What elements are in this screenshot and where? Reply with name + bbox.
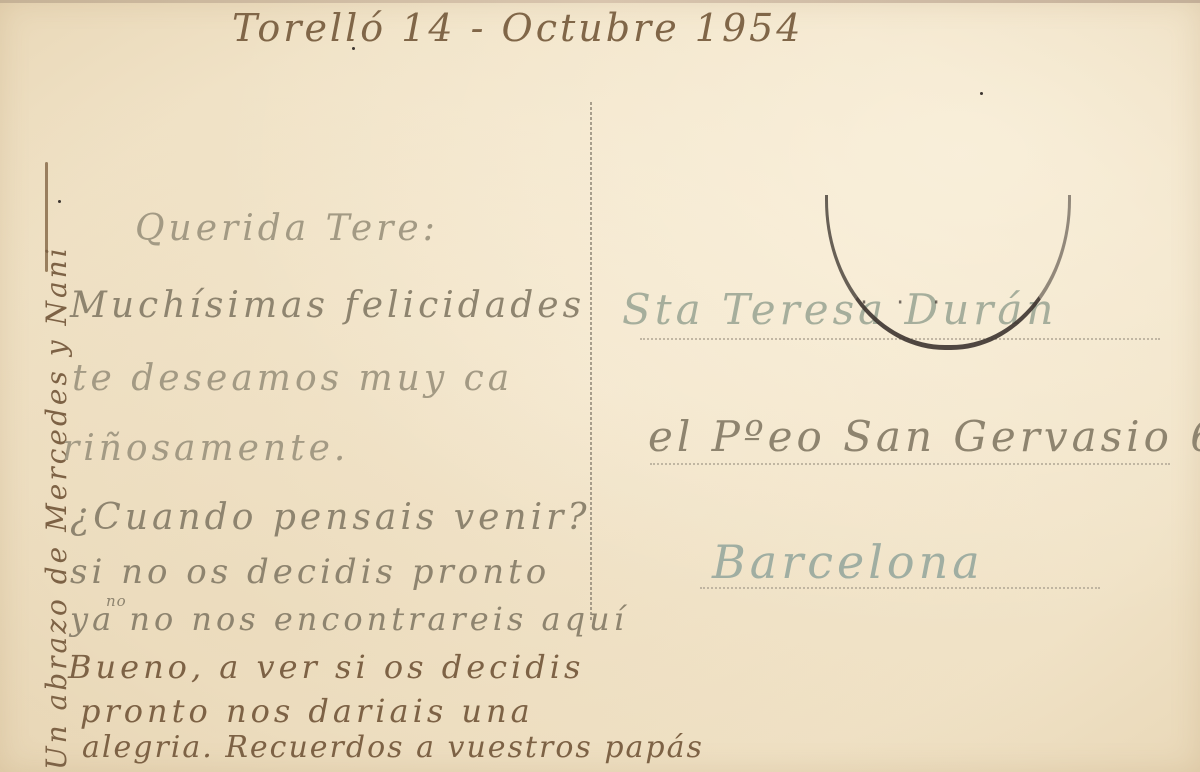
address-street: el Pºeo San Gervasio 69	[648, 412, 1200, 461]
message-line-2: Muchísimas felicidades	[70, 285, 585, 326]
speck	[58, 200, 61, 203]
address-rule-2	[650, 463, 1170, 465]
card-top-edge	[0, 0, 1200, 3]
message-line-3: te deseamos muy ca	[72, 358, 513, 399]
message-line-6: si no os decidis pronto	[70, 552, 550, 592]
message-line-9: pronto nos dariais una	[80, 692, 534, 730]
speck	[352, 47, 355, 50]
postmark-text: · · ·	[858, 290, 948, 314]
message-line-4: riñosamente.	[62, 428, 349, 469]
date-line: Torelló 14 - Octubre 1954	[232, 6, 804, 50]
message-line-1: Querida Tere:	[135, 208, 439, 249]
message-line-8: Bueno, a ver si os decidis	[68, 648, 584, 686]
postcard: Torelló 14 - Octubre 1954 Un abrazo de M…	[0, 0, 1200, 772]
center-divider	[590, 102, 592, 622]
message-line-10: alegria. Recuerdos a vuestros papás	[82, 730, 704, 765]
message-line-7: ya no nos encontrareis aquí	[70, 600, 628, 638]
speck	[980, 92, 983, 95]
address-city: Barcelona	[712, 535, 984, 589]
message-line-5: ¿Cuando pensais venir?	[70, 497, 591, 538]
